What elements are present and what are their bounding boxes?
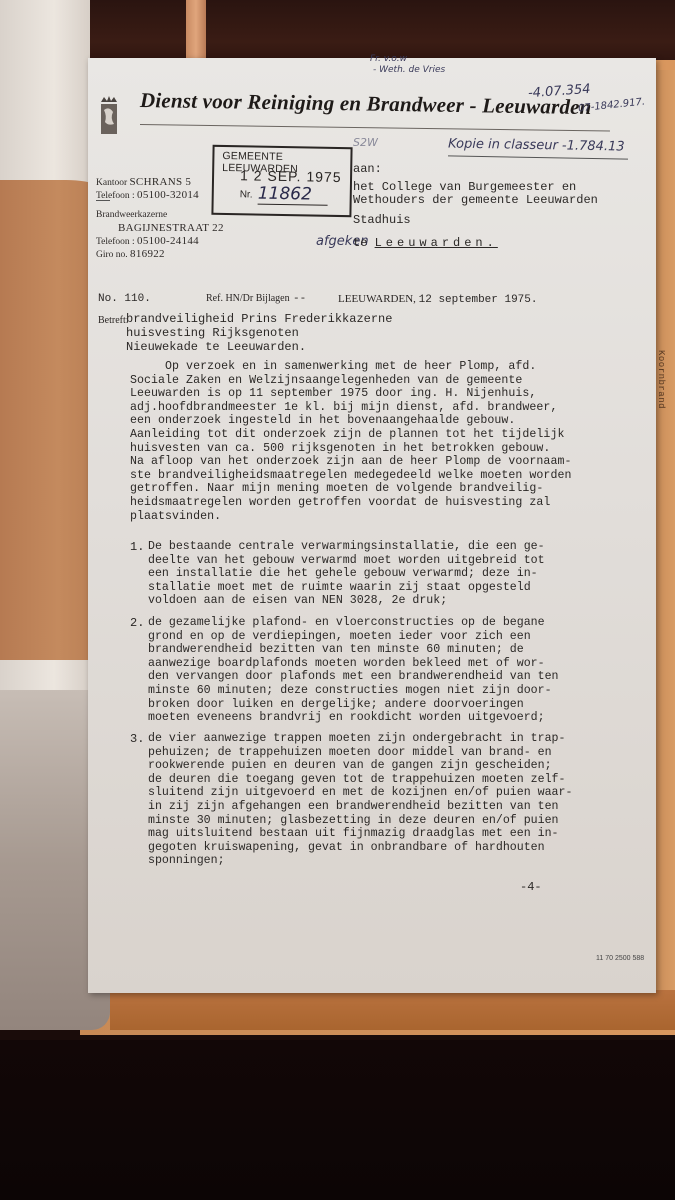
- office-phone-value: 05100-32014: [137, 189, 199, 201]
- attachments-value: --: [293, 293, 306, 305]
- copy-note-underline: [448, 155, 628, 159]
- addressee-city: Leeuwarden.: [375, 236, 498, 250]
- firestation-address-value: BAGIJNESTRAAT 22: [118, 222, 224, 234]
- page-number: -4-: [520, 880, 542, 894]
- firestation-phone-label: Telefoon :: [96, 237, 135, 247]
- giro-number: Giro no. 816922: [96, 248, 165, 260]
- addressee-city-prefix: te: [353, 236, 367, 250]
- letter-place-date: LEEUWARDEN, 12 september 1975.: [338, 293, 537, 306]
- letter-date: 12 september 1975.: [419, 294, 538, 306]
- stamp-date: 1 2 SEP. 1975: [240, 167, 342, 185]
- letter-city: LEEUWARDEN,: [338, 293, 416, 305]
- firestation-address: BAGIJNESTRAAT 22: [118, 222, 224, 234]
- firestation-label: Brandweerkazerne: [96, 210, 167, 220]
- contact-divider: [96, 200, 110, 201]
- office-address: Kantoor SCHRANS 5: [96, 176, 191, 188]
- item-number-3: 3.: [130, 732, 144, 746]
- letterhead-title: Dienst voor Reiniging en Brandweer - Lee…: [140, 88, 592, 120]
- stamp-nr-value: 11862: [258, 184, 328, 206]
- firestation-phone: Telefoon : 05100-24144: [96, 235, 199, 247]
- letter-page: Dienst voor Reiniging en Brandweer - Lee…: [88, 58, 656, 993]
- item-text-1: De bestaande centrale verwarmingsinstall…: [148, 540, 545, 608]
- desk-background-bottom: [0, 1040, 675, 1200]
- subject-label: Betreft:: [98, 315, 129, 326]
- letter-number: No. 110.: [98, 293, 151, 305]
- city-crest-icon: [98, 96, 120, 142]
- item-number-1: 1.: [130, 540, 144, 554]
- item-text-2: de gezamelijke plafond- en vloerconstruc…: [148, 616, 559, 725]
- addressee-line-4: te Leeuwarden.: [353, 236, 498, 250]
- handwritten-routing-note: Fr. v.o.w: [370, 54, 407, 64]
- giro-label: Giro no.: [96, 250, 128, 260]
- pencil: [186, 0, 206, 62]
- addressee-label: aan:: [353, 162, 382, 176]
- form-code: 11 70 2500 588: [596, 955, 644, 962]
- addressee-line-2: Wethouders der gemeente Leeuwarden: [353, 193, 598, 207]
- handwritten-initials: S2W: [353, 136, 378, 149]
- letterhead-rule: [140, 124, 610, 132]
- stamp-nr-label: Nr.: [240, 189, 253, 200]
- subject-lines: brandveiligheid Prins Frederikkazerne hu…: [126, 312, 392, 354]
- item-number-2: 2.: [130, 616, 144, 630]
- handwritten-copy-note: Kopie in classeur -1.784.13: [448, 136, 625, 154]
- office-address-value: SCHRANS 5: [130, 176, 192, 188]
- addressee-line-1: het College van Burgemeester en: [353, 180, 576, 194]
- received-stamp: GEMEENTE LEEUWARDEN 1 2 SEP. 1975 Nr. 11…: [211, 145, 352, 217]
- side-tab-label: Koornbrand: [656, 350, 666, 409]
- addressee-line-3: Stadhuis: [353, 213, 411, 227]
- office-phone: Telefoon : 05100-32014: [96, 189, 199, 201]
- item-text-3: de vier aanwezige trappen moeten zijn on…: [148, 732, 572, 868]
- handwritten-routing-note-2: - Weth. de Vries: [373, 65, 445, 75]
- folder-edge: [110, 990, 675, 1030]
- office-label: Kantoor: [96, 178, 127, 188]
- body-intro: Op verzoek en in samenwerking met de hee…: [130, 360, 571, 523]
- giro-value: 816922: [130, 248, 165, 260]
- letter-reference: Ref. HN/Dr Bijlagen: [206, 293, 290, 304]
- firestation-phone-value: 05100-24144: [137, 235, 199, 247]
